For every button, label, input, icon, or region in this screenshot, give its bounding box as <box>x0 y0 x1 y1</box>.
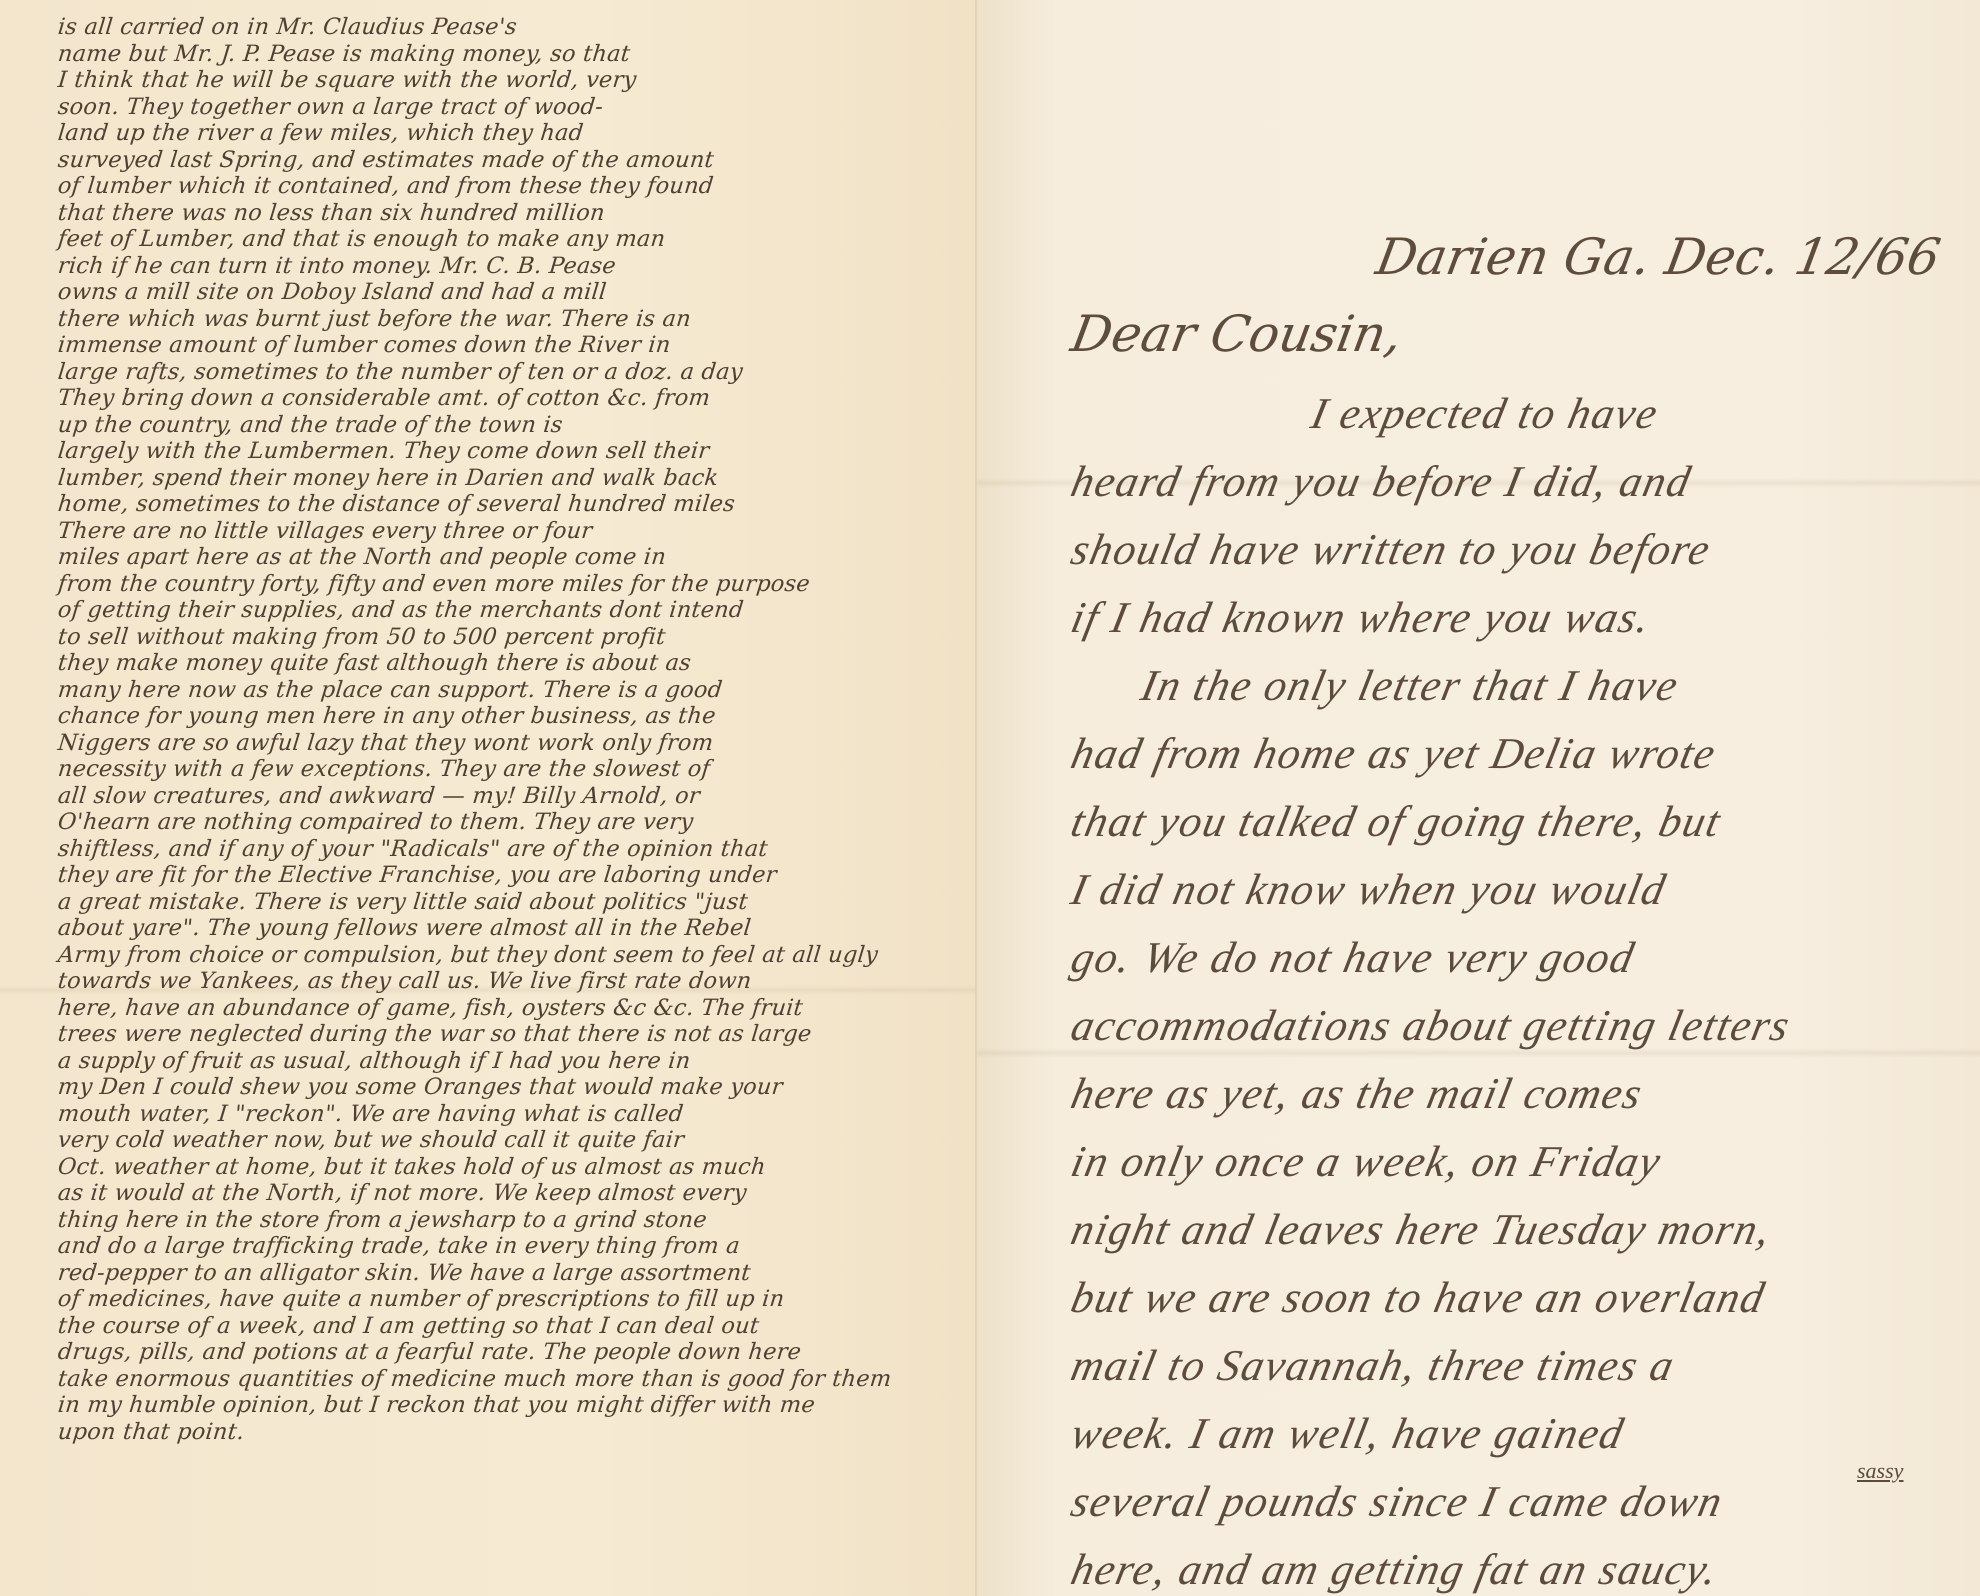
handwritten-line: immense amount of lumber comes down the … <box>57 332 947 359</box>
handwritten-line: in my humble opinion, but I reckon that … <box>57 1392 947 1419</box>
handwritten-line: go. We do not have very good <box>1065 924 1797 992</box>
handwritten-line: accommodations about getting letters <box>1065 992 1797 1060</box>
handwritten-line: had from home as yet Delia wrote <box>1065 720 1797 788</box>
handwritten-line: from the country forty, fifty and even m… <box>57 571 947 598</box>
handwritten-line: necessity with a few exceptions. They ar… <box>57 756 947 783</box>
right-page: Darien Ga. Dec. 12/66 Dear Cousin, I exp… <box>975 0 1980 1596</box>
handwritten-line: about yare". The young fellows were almo… <box>57 915 947 942</box>
handwritten-line: soon. They together own a large tract of… <box>57 94 947 121</box>
handwritten-line: owns a mill site on Doboy Island and had… <box>57 279 947 306</box>
handwritten-line: Army from choice or compulsion, but they… <box>57 942 947 969</box>
handwritten-line: miles apart here as at the North and peo… <box>57 544 947 571</box>
handwritten-line: lumber, spend their money here in Darien… <box>57 465 947 492</box>
handwritten-line: towards we Yankees, as they call us. We … <box>57 968 947 995</box>
handwritten-line: I expected to have <box>1065 380 1797 448</box>
handwritten-line: of lumber which it contained, and from t… <box>57 173 947 200</box>
handwritten-line: should have written to you before <box>1065 516 1797 584</box>
handwritten-line: a supply of fruit as usual, although if … <box>57 1048 947 1075</box>
handwritten-line: here, have an abundance of game, fish, o… <box>57 995 947 1022</box>
handwritten-line: Oct. weather at home, but it takes hold … <box>57 1154 947 1181</box>
right-page-text: I expected to haveheard from you before … <box>1072 380 1790 1596</box>
handwritten-line: all slow creatures, and awkward — my! Bi… <box>57 783 947 810</box>
handwritten-line: of getting their supplies, and as the me… <box>57 597 947 624</box>
handwritten-line: they are fit for the Elective Franchise,… <box>57 862 947 889</box>
handwritten-line: my Den I could shew you some Oranges tha… <box>57 1074 947 1101</box>
handwritten-line: they make money quite fast although ther… <box>57 650 947 677</box>
handwritten-line: up the country, and the trade of the tow… <box>57 412 947 439</box>
handwritten-line: is all carried on in Mr. Claudius Pease'… <box>57 14 947 41</box>
handwritten-line: large rafts, sometimes to the number of … <box>57 359 947 386</box>
handwritten-line: In the only letter that I have <box>1065 652 1797 720</box>
handwritten-line: home, sometimes to the distance of sever… <box>57 491 947 518</box>
interlinear-correction: sassy <box>1857 1458 1903 1484</box>
handwritten-line: the course of a week, and I am getting s… <box>57 1313 947 1340</box>
handwritten-line: here as yet, as the mail comes <box>1065 1060 1797 1128</box>
handwritten-line: drugs, pills, and potions at a fearful r… <box>57 1339 947 1366</box>
dateline: Darien Ga. Dec. 12/66 <box>1372 228 1945 286</box>
handwritten-line: red-pepper to an alligator skin. We have… <box>57 1260 947 1287</box>
handwritten-line: as it would at the North, if not more. W… <box>57 1180 947 1207</box>
handwritten-line: land up the river a few miles, which the… <box>57 120 947 147</box>
handwritten-line: They bring down a considerable amt. of c… <box>57 385 947 412</box>
handwritten-line: that there was no less than six hundred … <box>57 200 947 227</box>
handwritten-line: to sell without making from 50 to 500 pe… <box>57 624 947 651</box>
letter-spread: is all carried on in Mr. Claudius Pease'… <box>0 0 1980 1596</box>
handwritten-line: surveyed last Spring, and estimates made… <box>57 147 947 174</box>
handwritten-line: in only once a week, on Friday <box>1065 1128 1797 1196</box>
handwritten-line: mouth water, I "reckon". We are having w… <box>57 1101 947 1128</box>
handwritten-line: week. I am well, have gained <box>1065 1400 1797 1468</box>
handwritten-line: There are no little villages every three… <box>57 518 947 545</box>
left-page-text: is all carried on in Mr. Claudius Pease'… <box>58 14 945 1445</box>
handwritten-line: take enormous quantities of medicine muc… <box>57 1366 947 1393</box>
handwritten-line: of medicines, have quite a number of pre… <box>57 1286 947 1313</box>
handwritten-line: name but Mr. J. P. Pease is making money… <box>57 41 947 68</box>
handwritten-line: here, and am getting fat an saucy. <box>1065 1536 1797 1596</box>
handwritten-line: chance for young men here in any other b… <box>57 703 947 730</box>
handwritten-line: night and leaves here Tuesday morn, <box>1065 1196 1797 1264</box>
handwritten-line: trees were neglected during the war so t… <box>57 1021 947 1048</box>
handwritten-line: that you talked of going there, but <box>1065 788 1797 856</box>
handwritten-line: largely with the Lumbermen. They come do… <box>57 438 947 465</box>
handwritten-line: if I had known where you was. <box>1065 584 1797 652</box>
handwritten-line: upon that point. <box>57 1419 947 1446</box>
handwritten-line: heard from you before I did, and <box>1065 448 1797 516</box>
handwritten-line: feet of Lumber, and that is enough to ma… <box>57 226 947 253</box>
handwritten-line: shiftless, and if any of your "Radicals"… <box>57 836 947 863</box>
left-page: is all carried on in Mr. Claudius Pease'… <box>0 0 975 1596</box>
handwritten-line: O'hearn are nothing compaired to them. T… <box>57 809 947 836</box>
handwritten-line: a great mistake. There is very little sa… <box>57 889 947 916</box>
handwritten-line: thing here in the store from a jewsharp … <box>57 1207 947 1234</box>
handwritten-line: I think that he will be square with the … <box>57 67 947 94</box>
handwritten-line: several pounds since I came down <box>1065 1468 1797 1536</box>
handwritten-line: but we are soon to have an overland <box>1065 1264 1797 1332</box>
salutation: Dear Cousin, <box>1067 305 1407 363</box>
handwritten-line: many here now as the place can support. … <box>57 677 947 704</box>
handwritten-line: very cold weather now, but we should cal… <box>57 1127 947 1154</box>
handwritten-line: I did not know when you would <box>1065 856 1797 924</box>
handwritten-line: Niggers are so awful lazy that they wont… <box>57 730 947 757</box>
handwritten-line: mail to Savannah, three times a <box>1065 1332 1797 1400</box>
handwritten-line: there which was burnt just before the wa… <box>57 306 947 333</box>
handwritten-line: and do a large trafficking trade, take i… <box>57 1233 947 1260</box>
handwritten-line: rich if he can turn it into money. Mr. C… <box>57 253 947 280</box>
